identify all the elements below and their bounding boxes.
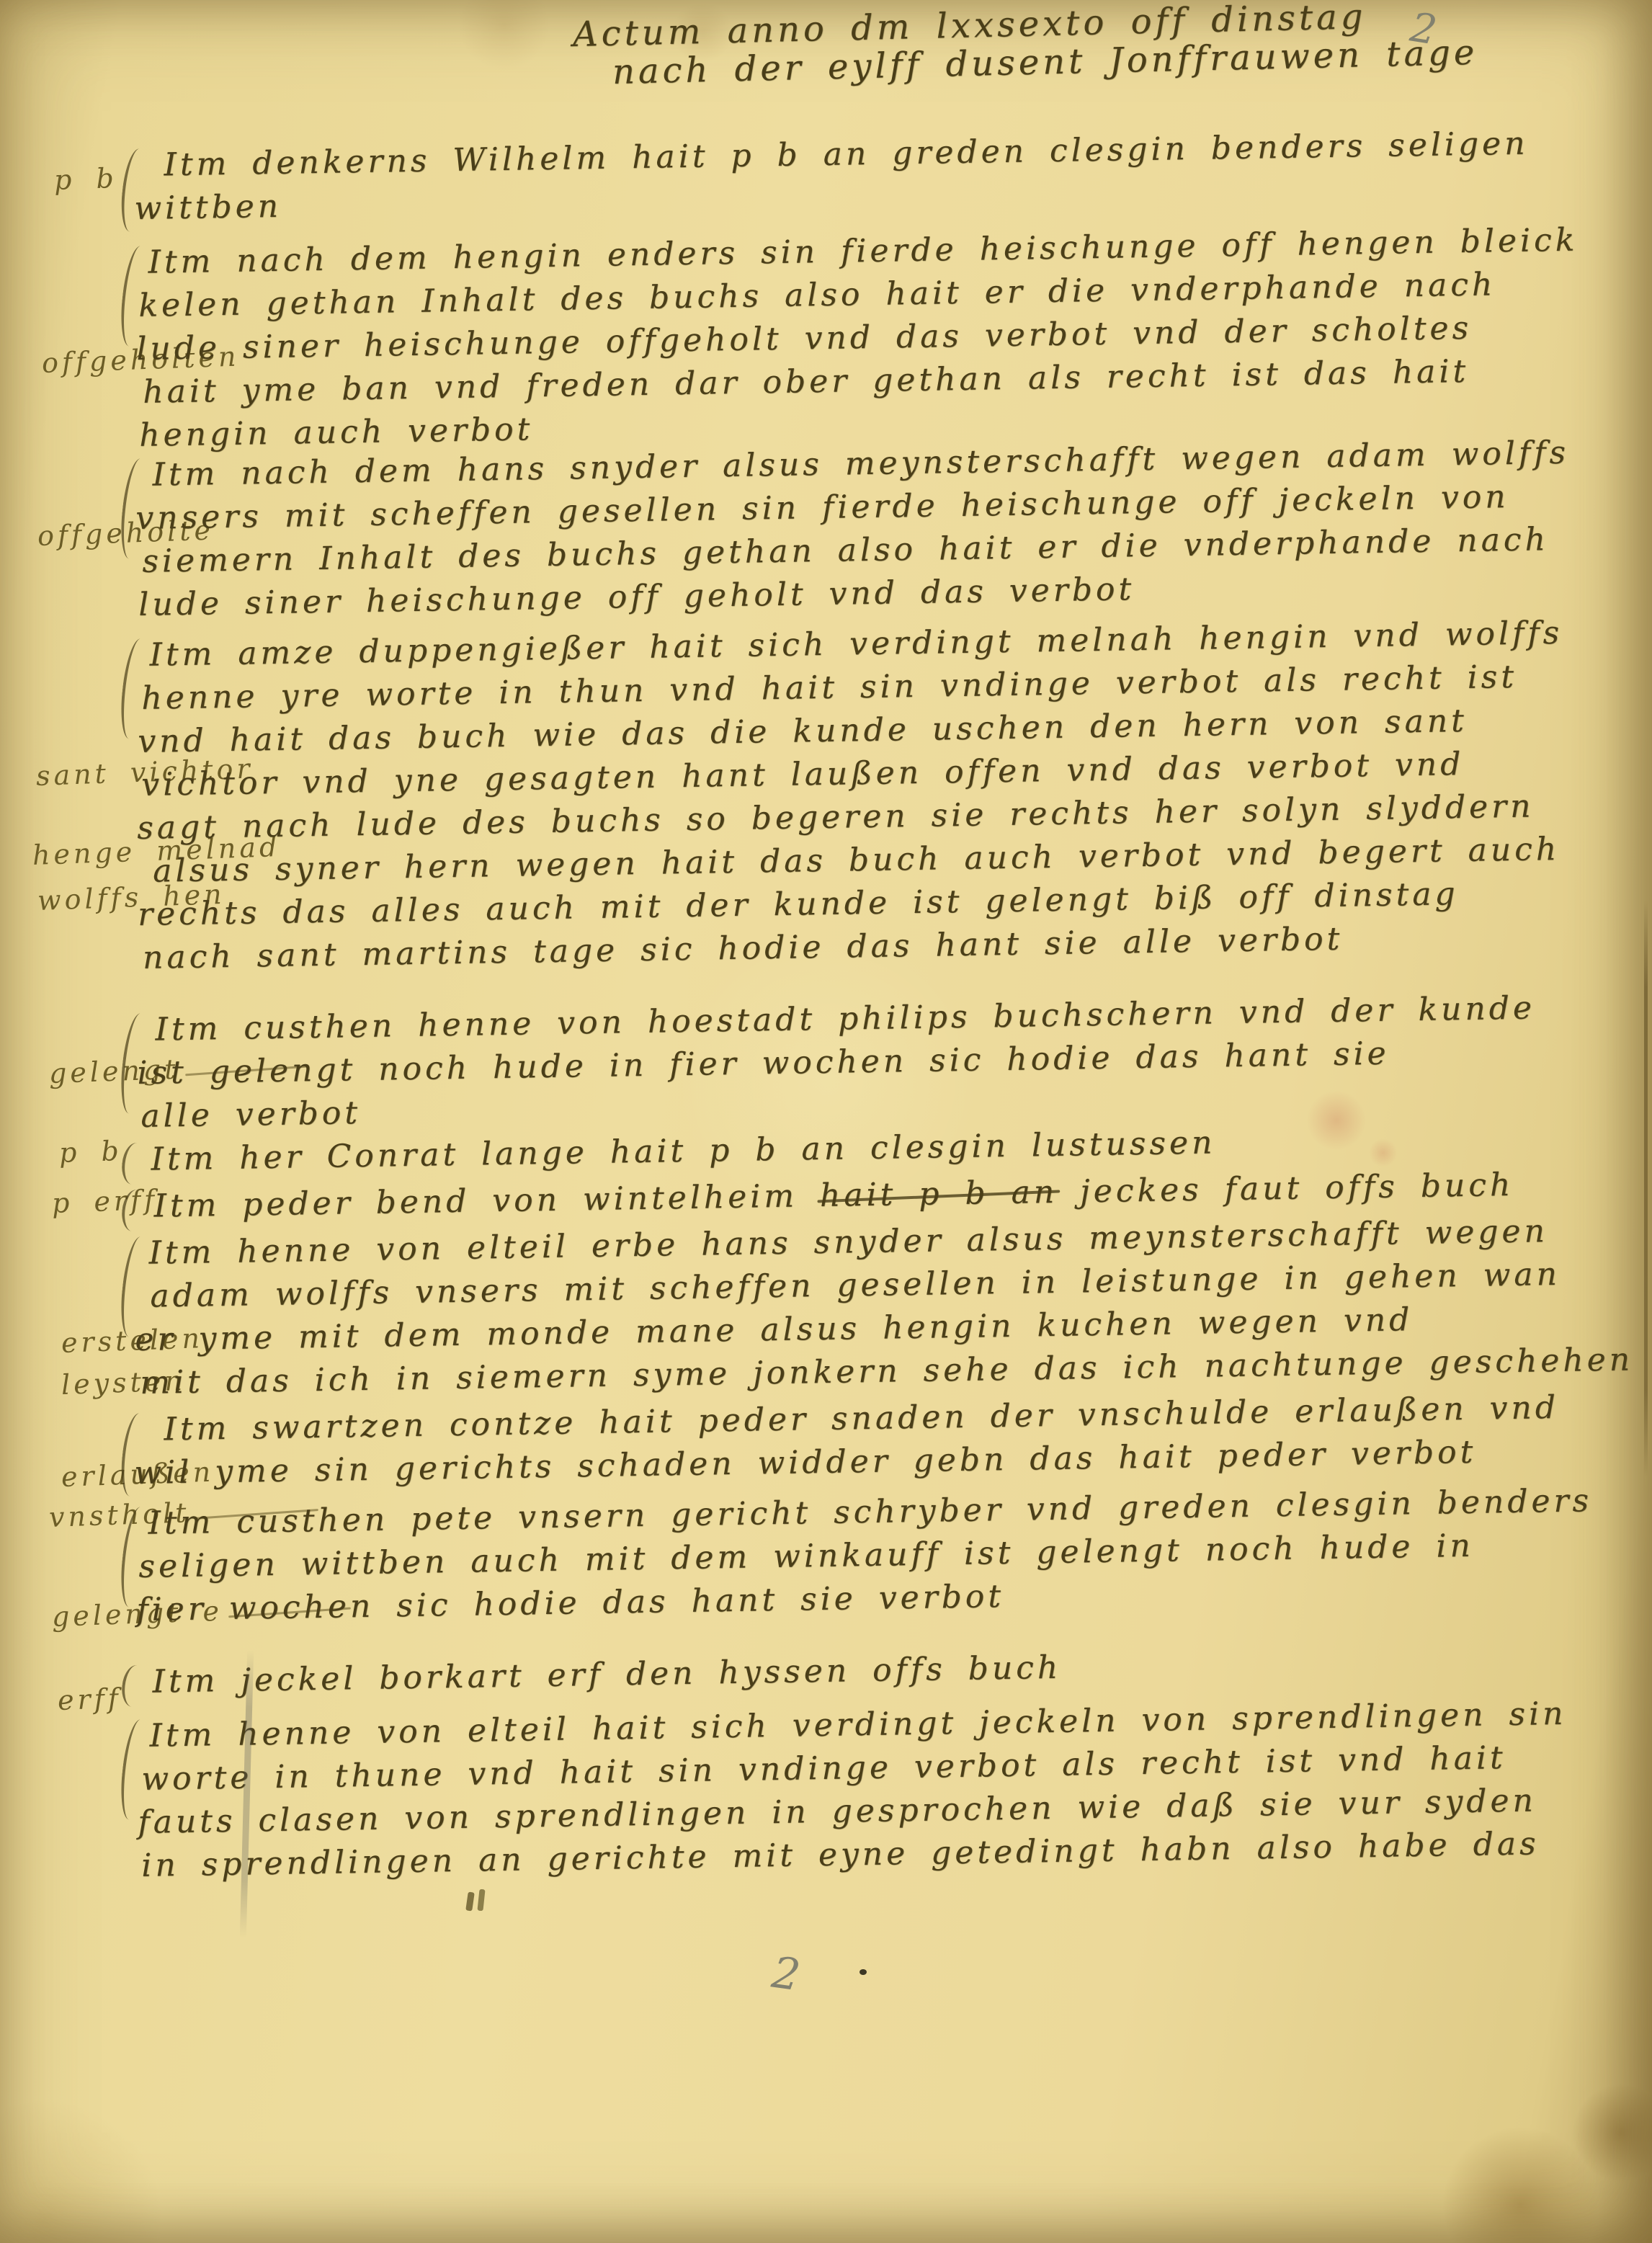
manuscript-page: Actum anno dm lxxsexto off dinstag nach …: [0, 0, 1652, 2243]
entry-line: Itm jeckel borkart erf den hyssen offs b…: [152, 1646, 1062, 1704]
entry-line: wittben: [134, 185, 282, 231]
margin-note: p b: [53, 162, 117, 196]
entry-line: alle verbot: [140, 1092, 362, 1138]
entry-bracket: [120, 1664, 149, 1708]
entry-line: Itm denkerns Wilhelm hait p b an greden …: [164, 122, 1529, 187]
margin-note: p b: [58, 1135, 122, 1169]
ink-speck: [477, 1889, 485, 1912]
margin-note: erff: [57, 1682, 122, 1716]
ink-speck: [860, 1969, 867, 1975]
folio-number-bottom: 2: [769, 1948, 803, 2002]
ink-speck: [465, 1892, 475, 1912]
entry-bracket: [120, 1141, 149, 1185]
struck-text: hait p b an: [820, 1174, 1058, 1214]
page-edge-shadow: [1644, 901, 1648, 1477]
